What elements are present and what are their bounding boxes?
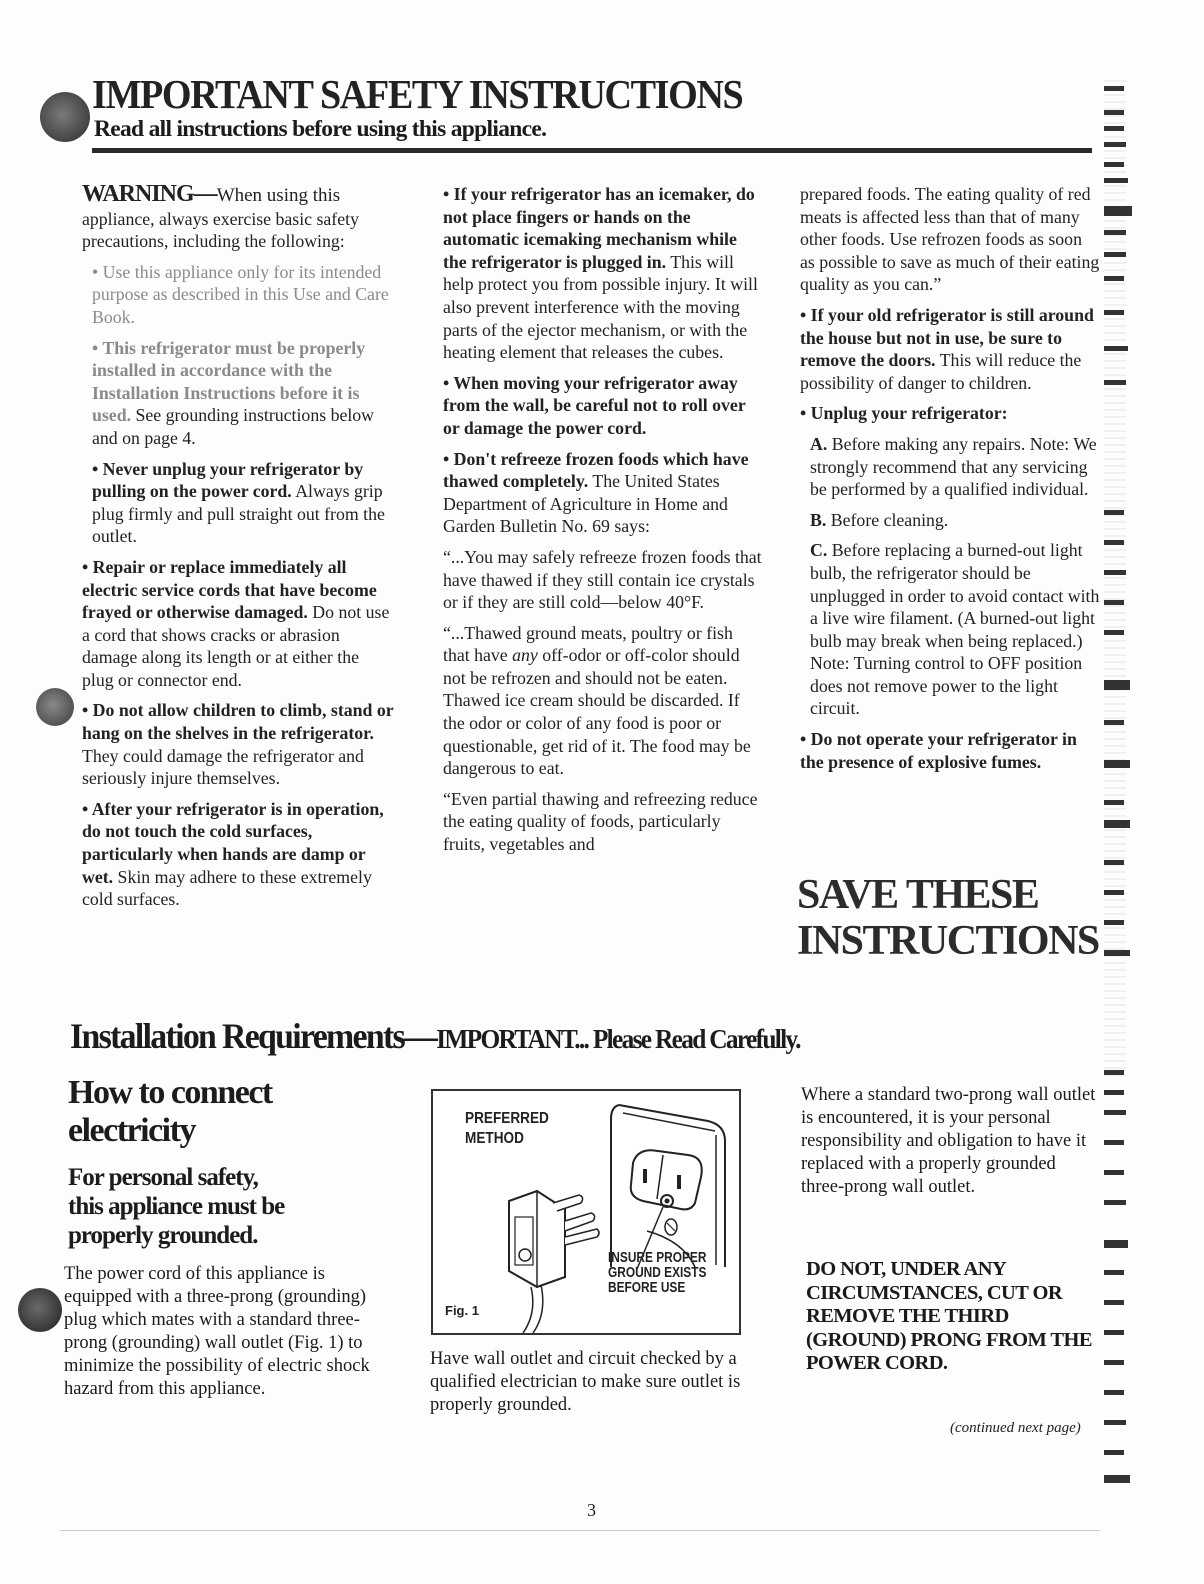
preferred-method-label: PREFERRED METHOD xyxy=(465,1109,549,1149)
safety-column-1: WARNING—When using this appliance, alway… xyxy=(82,183,394,919)
safety-item: • If your old refrigerator is still arou… xyxy=(800,304,1100,394)
unplug-item: C. Before replacing a burned-out light b… xyxy=(810,539,1100,720)
safety-item: • Do not operate your refrigerator in th… xyxy=(800,728,1100,773)
safety-column-2: • If your refrigerator has an icemaker, … xyxy=(443,183,763,864)
hole-punch-mark xyxy=(40,92,90,142)
unplug-list: A. Before making any repairs. Note: We s… xyxy=(800,433,1100,720)
figure-number: Fig. 1 xyxy=(445,1303,479,1318)
save-instructions-heading: SAVE THESE INSTRUCTIONS xyxy=(797,872,1099,964)
safety-item: • This refrigerator must be properly ins… xyxy=(82,337,394,450)
safety-item: • If your refrigerator has an icemaker, … xyxy=(443,183,763,364)
continued-note: (continued next page) xyxy=(950,1420,1081,1437)
safety-item: • Repair or replace immediately all elec… xyxy=(82,556,394,692)
usda-quote-2: “...Thawed ground meats, poultry or fish… xyxy=(443,622,763,780)
safety-item: • Never unplug your refrigerator by pull… xyxy=(82,458,394,548)
safety-item: • Use this appliance only for its intend… xyxy=(82,261,394,329)
safety-item: • When moving your refrigerator away fro… xyxy=(443,372,763,440)
electrician-check-paragraph: Have wall outlet and circuit checked by … xyxy=(430,1348,750,1417)
hole-punch-mark xyxy=(18,1288,62,1332)
hole-punch-mark xyxy=(36,688,74,726)
ground-callout-label: INSURE PROPER GROUND EXISTS BEFORE USE xyxy=(608,1251,706,1296)
power-cord-paragraph: The power cord of this appliance is equi… xyxy=(64,1263,384,1401)
unplug-item: B. Before cleaning. xyxy=(810,509,1100,532)
usda-quote-3-continued: prepared foods. The eating quality of re… xyxy=(800,183,1100,296)
footer-rule xyxy=(60,1530,1100,1531)
header-rule xyxy=(92,148,1092,153)
usda-quote-3: “Even partial thawing and refreezing red… xyxy=(443,788,763,856)
page-subtitle: Read all instructions before using this … xyxy=(94,116,546,143)
usda-quote-1: “...You may safely refreeze frozen foods… xyxy=(443,546,763,614)
figure-1-grounded-outlet: PREFERRED METHOD INSURE PROPER GROUND EX… xyxy=(431,1089,741,1335)
do-not-cut-prong-warning: DO NOT, UNDER ANY CIRCUMSTANCES, CUT OR … xyxy=(806,1258,1096,1376)
grounding-subheading: For personal safety, this appliance must… xyxy=(68,1163,284,1250)
two-prong-outlet-paragraph: Where a standard two-prong wall outlet i… xyxy=(801,1084,1101,1199)
warning-label: WARNING— xyxy=(82,181,217,207)
unplug-heading: • Unplug your refrigerator: xyxy=(800,402,1100,425)
unplug-item: A. Before making any repairs. Note: We s… xyxy=(810,433,1100,501)
safety-column-3: prepared foods. The eating quality of re… xyxy=(800,183,1100,781)
page-number: 3 xyxy=(587,1500,596,1521)
how-to-connect-heading: How to connect electricity xyxy=(68,1074,272,1150)
edge-tab-markers xyxy=(1104,80,1134,1490)
safety-item: • Don't refreeze frozen foods which have… xyxy=(443,448,763,538)
page-title: IMPORTANT SAFETY INSTRUCTIONS xyxy=(92,70,742,118)
safety-item: • After your refrigerator is in operatio… xyxy=(82,798,394,911)
safety-item: • Do not allow children to climb, stand … xyxy=(82,699,394,789)
warning-paragraph: WARNING—When using this appliance, alway… xyxy=(82,183,394,253)
installation-heading: Installation Requirements—IMPORTANT... P… xyxy=(70,1015,800,1057)
